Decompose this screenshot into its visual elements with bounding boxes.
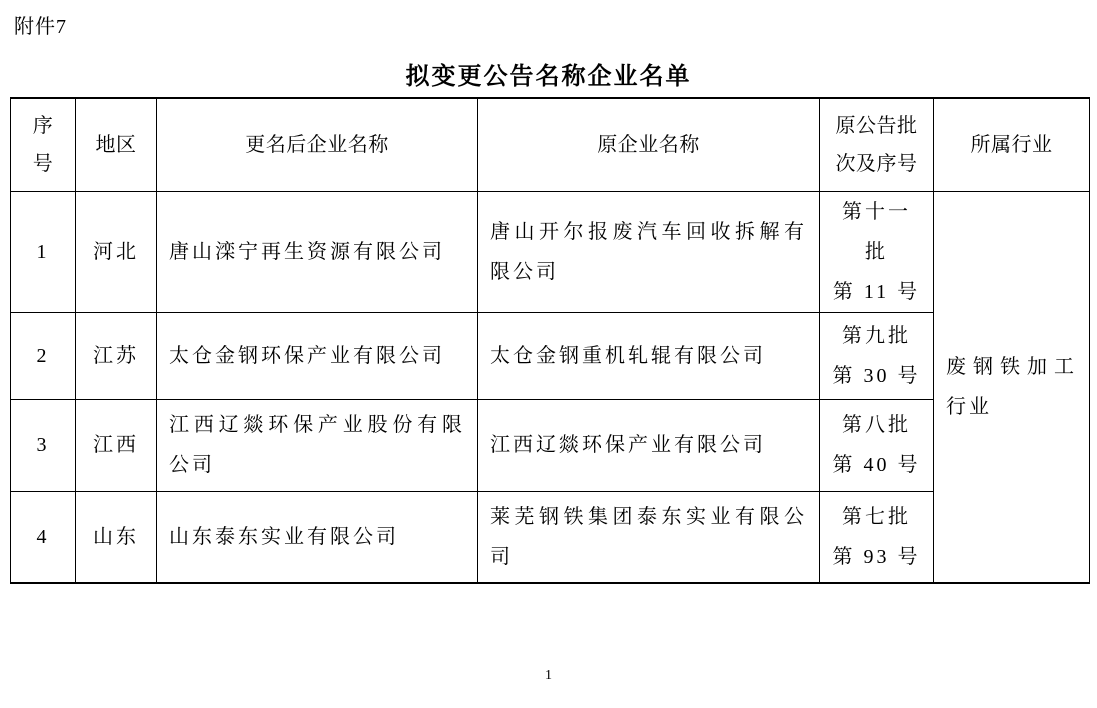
cell-new-name: 江西辽燚环保产业股份有限公司 <box>157 399 478 491</box>
cell-region: 山东 <box>76 491 157 583</box>
cell-new-name: 唐山滦宁再生资源有限公司 <box>157 191 478 312</box>
batch-line: 第十一批 <box>832 192 921 272</box>
cell-old-name: 唐山开尔报废汽车回收拆解有限公司 <box>478 191 820 312</box>
batch-line: 第七批 <box>832 497 921 537</box>
serial-line: 第 30 号 <box>832 356 921 396</box>
cell-region: 河北 <box>76 191 157 312</box>
header-batch: 原公告批次及序号 <box>820 98 934 191</box>
header-no: 序号 <box>11 98 76 191</box>
table-row: 1 河北 唐山滦宁再生资源有限公司 唐山开尔报废汽车回收拆解有限公司 第十一批 … <box>11 191 1090 312</box>
cell-no: 1 <box>11 191 76 312</box>
page-title: 拟变更公告名称企业名单 <box>0 56 1097 91</box>
batch-line: 第八批 <box>832 405 921 445</box>
cell-old-name: 太仓金钢重机轧辊有限公司 <box>478 312 820 399</box>
cell-region: 江西 <box>76 399 157 491</box>
header-new-name: 更名后企业名称 <box>157 98 478 191</box>
cell-new-name: 山东泰东实业有限公司 <box>157 491 478 583</box>
header-industry: 所属行业 <box>934 98 1090 191</box>
cell-batch: 第十一批 第 11 号 <box>820 191 934 312</box>
cell-batch: 第九批 第 30 号 <box>820 312 934 399</box>
cell-batch: 第八批 第 40 号 <box>820 399 934 491</box>
cell-no: 2 <box>11 312 76 399</box>
serial-line: 第 11 号 <box>832 272 921 312</box>
cell-new-name: 太仓金钢环保产业有限公司 <box>157 312 478 399</box>
cell-no: 4 <box>11 491 76 583</box>
batch-line: 第九批 <box>832 316 921 356</box>
serial-line: 第 40 号 <box>832 445 921 485</box>
cell-batch: 第七批 第 93 号 <box>820 491 934 583</box>
table-row: 3 江西 江西辽燚环保产业股份有限公司 江西辽燚环保产业有限公司 第八批 第 4… <box>11 399 1090 491</box>
table-row: 2 江苏 太仓金钢环保产业有限公司 太仓金钢重机轧辊有限公司 第九批 第 30 … <box>11 312 1090 399</box>
enterprise-rename-table: 序号 地区 更名后企业名称 原企业名称 原公告批次及序号 所属行业 1 河北 唐… <box>10 97 1090 584</box>
cell-old-name: 江西辽燚环保产业有限公司 <box>478 399 820 491</box>
document-page: 附件7 拟变更公告名称企业名单 序号 地区 更名后企业名称 原企业名称 原公告批… <box>0 0 1097 708</box>
table-header-row: 序号 地区 更名后企业名称 原企业名称 原公告批次及序号 所属行业 <box>11 98 1090 191</box>
cell-region: 江苏 <box>76 312 157 399</box>
cell-industry: 废钢铁加工行业 <box>934 191 1090 583</box>
attachment-label: 附件7 <box>14 10 67 39</box>
header-region: 地区 <box>76 98 157 191</box>
cell-old-name: 莱芜钢铁集团泰东实业有限公司 <box>478 491 820 583</box>
table-row: 4 山东 山东泰东实业有限公司 莱芜钢铁集团泰东实业有限公司 第七批 第 93 … <box>11 491 1090 583</box>
header-old-name: 原企业名称 <box>478 98 820 191</box>
serial-line: 第 93 号 <box>832 537 921 577</box>
page-number: 1 <box>0 668 1097 684</box>
cell-no: 3 <box>11 399 76 491</box>
